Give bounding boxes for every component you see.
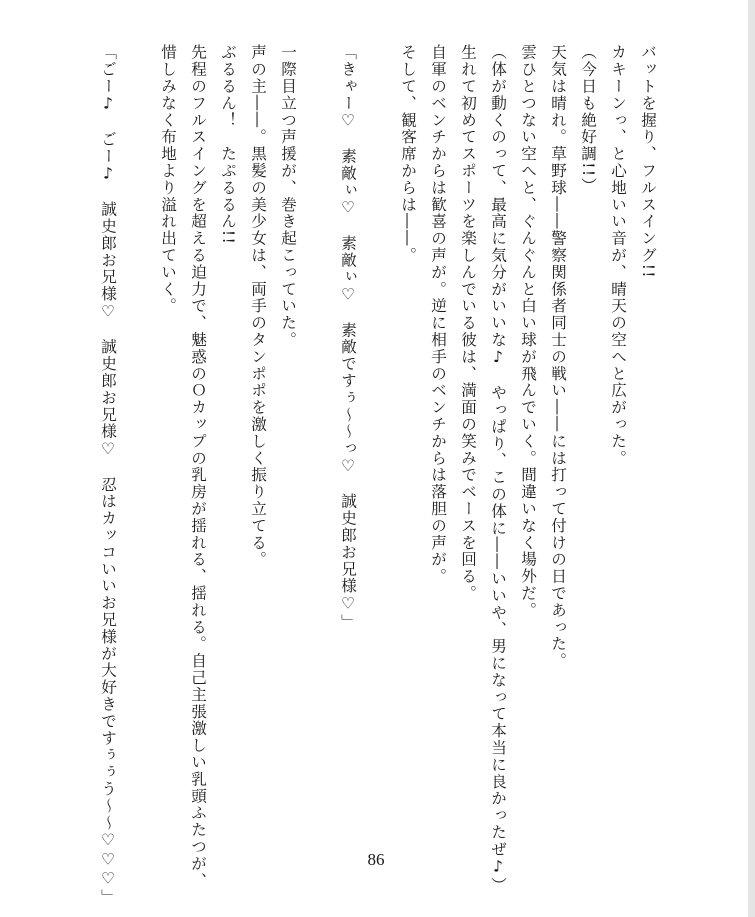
text-line: 「きゃー♡ 素敵ぃ♡ 素敵ぃ♡ 素敵ですぅ～～っ♡ 誠史郎お兄様♡」 [337, 44, 359, 631]
text-line: 自軍のベンチからは歓喜の声が。逆に相手のベンチからは落胆の声が。 [427, 44, 449, 585]
text-line: 生れて初めてスポーツを楽しんでいる彼は、満面の笑みでベースを回る。 [457, 44, 479, 602]
text-line: バットを握り、フルスイング!! [637, 44, 659, 279]
text-line: カキーンっ、と心地いい音が、晴天の空へと広がった。 [607, 44, 629, 467]
text-line: 雲ひとつない空へと、ぐんぐんと白い球が飛んでいく。間違いなく場外だ。 [517, 44, 539, 619]
text-line: ぶるるん！ たぷるるん!! [217, 44, 239, 245]
viewer-scrollbar-gutter[interactable] [748, 0, 755, 917]
text-line: 一際目立つ声援が、巻き起こっていた。 [277, 44, 299, 348]
page-number: 86 [352, 850, 400, 870]
document-page: バットを握り、フルスイング!!カキーンっ、と心地いい音が、晴天の空へと広がった。… [0, 0, 748, 917]
text-line: 「ごー♪ ごー♪ 誠史郎お兄様♡ 誠史郎お兄様♡ 忍はカッコいいお兄様が大好きで… [97, 44, 119, 906]
text-line: そして、観客席からは――。 [397, 44, 419, 264]
text-line: （今日も絶好調!!） [577, 44, 599, 194]
text-line: 惜しみなく布地より溢れ出ていく。 [157, 44, 179, 314]
text-line: 天気は晴れ。草野球――警察関係者同士の戦い――には打って付けの日であった。 [547, 44, 569, 669]
text-line: （体が動くのって、最高に気分がいいな♪ やっぱり、この体に――いいや、男になって… [487, 44, 509, 894]
text-line: 声の主――。黒髪の美少女は、両手のタンポポを激しく振り立てる。 [247, 44, 269, 568]
text-line: 先程のフルスイングを超える迫力で、魅惑のＯカップの乳房が揺れる、揺れる。自己主張… [187, 44, 209, 889]
